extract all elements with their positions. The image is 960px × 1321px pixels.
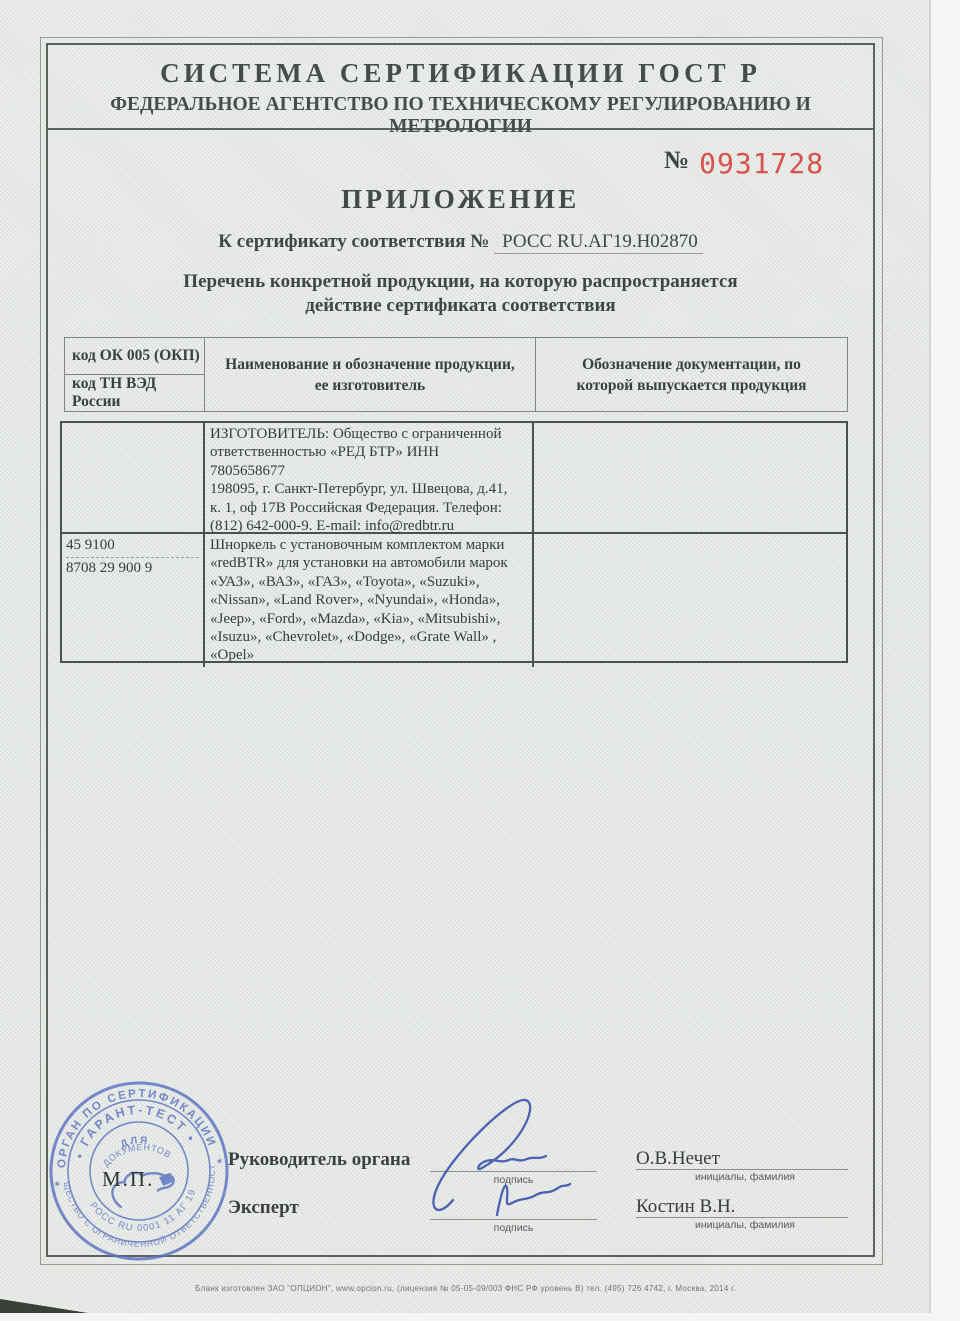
certificate-reference: К сертификату соответствия № РОСС RU.АГ1…: [48, 231, 873, 253]
certification-system-title: СИСТЕМА СЕРТИФИКАЦИИ ГОСТ Р: [48, 58, 873, 89]
certificate-scan-page: СИСТЕМА СЕРТИФИКАЦИИ ГОСТ Р ФЕДЕРАЛЬНОЕ …: [0, 0, 931, 1313]
form-number-value: 0931728: [699, 147, 824, 180]
stamp-outer-top-text: ОРГАН ПО СЕРТИФИКАЦИИ: [46, 1077, 218, 1170]
products-table-header: код ОК 005 (ОКП) код ТН ВЭД России Наиме…: [64, 337, 848, 412]
signature-scribble-1: [433, 1100, 546, 1210]
okp-code-header: код ОК 005 (ОКП): [65, 338, 204, 375]
name-caption: инициалы, фамилия: [660, 1171, 830, 1183]
form-number-label: №: [664, 147, 689, 175]
certificate-reference-prefix: К сертификату соответствия №: [218, 231, 489, 252]
header-band: СИСТЕМА СЕРТИФИКАЦИИ ГОСТ Р ФЕДЕРАЛЬНОЕ …: [48, 45, 873, 130]
svg-text:ОРГАН ПО СЕРТИФИКАЦИИ: ОРГАН ПО СЕРТИФИКАЦИИ: [46, 1077, 218, 1170]
stamp-star-left-icon: ✶: [52, 1179, 62, 1191]
mp-mark: М.П.: [102, 1167, 154, 1192]
product-description-cell: Шноркель с установочным комплектом марки…: [205, 534, 534, 667]
agency-title: ФЕДЕРАЛЬНОЕ АГЕНТСТВО ПО ТЕХНИЧЕСКОМУ РЕ…: [48, 94, 873, 138]
expert-label: Эксперт: [228, 1197, 299, 1219]
product-list-description: Перечень конкретной продукции, на котору…: [48, 270, 873, 318]
blank-imprint-text: Бланк изготовлен ЗАО "ОПЦИОН", www.opcio…: [0, 1284, 931, 1293]
tnved-code-value: 8708 29 900 9: [66, 558, 199, 577]
codes-cell: [62, 423, 205, 532]
documentation-cell: [534, 534, 846, 667]
stamp-star-right-icon: ✶: [215, 1156, 225, 1168]
products-table-body: ИЗГОТОВИТЕЛЬ: Общество с ограниченнойотв…: [60, 421, 848, 663]
head-of-body-label: Руководитель органа: [228, 1149, 410, 1171]
table-row: ИЗГОТОВИТЕЛЬ: Общество с ограниченнойотв…: [62, 423, 846, 534]
okp-code-value: 45 9100: [66, 537, 199, 558]
scan-corner-shadow: [0, 1299, 88, 1313]
codes-cell: 45 9100 8708 29 900 9: [62, 534, 205, 667]
description-line-1: Перечень конкретной продукции, на котору…: [48, 270, 873, 294]
certificate-number: РОСС RU.АГ19.Н02870: [494, 231, 703, 254]
handwritten-signatures: [415, 1078, 625, 1238]
signature-scribble-2: [497, 1184, 570, 1215]
codes-header-cell: код ОК 005 (ОКП) код ТН ВЭД России: [65, 338, 205, 411]
name-line: [636, 1169, 848, 1170]
name-caption: инициалы, фамилия: [660, 1219, 830, 1231]
manufacturer-cell: ИЗГОТОВИТЕЛЬ: Общество с ограниченнойотв…: [205, 423, 534, 532]
tnved-code-header: код ТН ВЭД России: [65, 375, 204, 411]
expert-signer-name: Костин В.Н.: [636, 1196, 735, 1218]
table-row: 45 9100 8708 29 900 9 Шноркель с установ…: [62, 534, 846, 667]
description-line-2: действие сертификата соответствия: [48, 294, 873, 318]
name-line: [636, 1217, 848, 1218]
appendix-title: ПРИЛОЖЕНИЕ: [48, 184, 873, 215]
form-number-block: № 0931728: [664, 147, 824, 180]
documentation-cell: [534, 423, 846, 532]
product-name-header: Наименование и обозначение продукции, ее…: [205, 338, 536, 411]
head-signer-name: О.В.Нечет: [636, 1148, 720, 1170]
documentation-header: Обозначение документации, по которой вып…: [536, 338, 847, 411]
